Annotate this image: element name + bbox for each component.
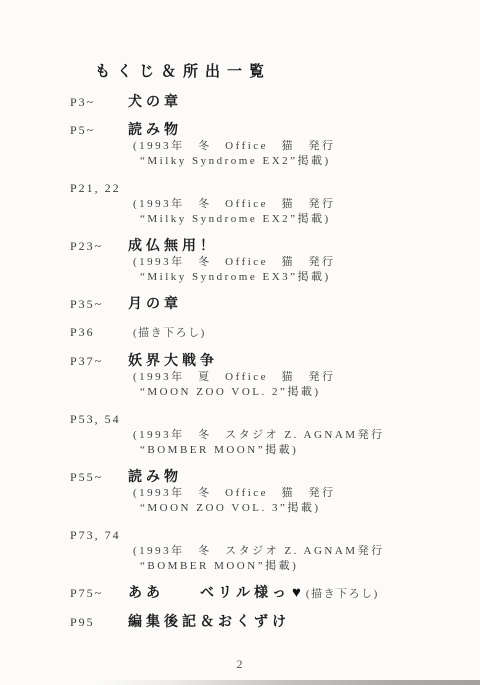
toc-entry-row: P53, 54 (0, 411, 480, 428)
entry-source-note: (1993年 冬 Office 猫 発行 (0, 486, 480, 501)
entry-source-note: “Milky Syndrome EX3”掲載) (0, 270, 480, 285)
toc-entry: P3~ 犬の章 (0, 94, 480, 111)
scan-edge-shadow (0, 680, 480, 685)
entry-source-note: “BOMBER MOON”掲載) (0, 443, 480, 458)
toc-entry: P55~ 読み物 (1993年 冬 Office 猫 発行 “MOON ZOO … (0, 469, 480, 516)
toc-entry-row: P35~ 月の章 (0, 296, 480, 313)
toc-entry-row: P37~ 妖界大戦争 (0, 353, 480, 370)
entry-source-note: “Milky Syndrome EX2”掲載) (0, 212, 480, 227)
toc-entry-row: P36 (描き下ろし) (0, 324, 480, 342)
entry-title: 編集後記＆おくずけ (128, 614, 290, 631)
entry-title: 読み物 (128, 469, 182, 486)
toc-entry-row: P55~ 読み物 (0, 469, 480, 486)
toc-entry-row: P73, 74 (0, 527, 480, 544)
toc-entry: P95 編集後記＆おくずけ (0, 614, 480, 631)
entry-source-note: (1993年 冬 Office 猫 発行 (0, 255, 480, 270)
entry-pages: P35~ (70, 296, 128, 313)
toc-entry: P23~ 成仏無用！ (1993年 冬 Office 猫 発行 “Milky S… (0, 238, 480, 285)
entry-source-note: “MOON ZOO VOL. 3”掲載) (0, 501, 480, 516)
toc-entry: P35~ 月の章 (0, 296, 480, 313)
entry-pages: P75~ (70, 585, 128, 602)
entry-title: 読み物 (128, 122, 182, 139)
toc-content: もくじ＆所出一覧 P3~ 犬の章 P5~ 読み物 (1993年 冬 Office… (0, 0, 480, 631)
toc-entry: P36 (描き下ろし) (0, 324, 480, 342)
toc-entry: P73, 74 (1993年 冬 スタジオ Z. AGNAM発行 “BOMBER… (0, 527, 480, 574)
entry-pages: P21, 22 (70, 180, 128, 197)
toc-entry-row: P5~ 読み物 (0, 122, 480, 139)
entry-pages: P23~ (70, 238, 128, 255)
toc-entry-row: P21, 22 (0, 180, 480, 197)
entry-source-note: “MOON ZOO VOL. 2”掲載) (0, 385, 480, 400)
toc-entry-row: P95 編集後記＆おくずけ (0, 614, 480, 631)
entry-source-note: (1993年 冬 スタジオ Z. AGNAM発行 (0, 544, 480, 559)
entry-source-note: (1993年 冬 Office 猫 発行 (0, 197, 480, 212)
toc-entry: P5~ 読み物 (1993年 冬 Office 猫 発行 “Milky Synd… (0, 122, 480, 169)
entry-title: 犬の章 (128, 94, 182, 111)
entry-source-note: (1993年 夏 Office 猫 発行 (0, 370, 480, 385)
entry-source-note: (1993年 冬 Office 猫 発行 (0, 139, 480, 154)
toc-entry-row: P3~ 犬の章 (0, 94, 480, 111)
toc-entry: P53, 54 (1993年 冬 スタジオ Z. AGNAM発行 “BOMBER… (0, 411, 480, 458)
page-title: もくじ＆所出一覧 (95, 62, 480, 82)
entry-pages: P55~ (70, 469, 128, 486)
page-number: 2 (0, 657, 480, 672)
toc-entry: P37~ 妖界大戦争 (1993年 夏 Office 猫 発行 “MOON ZO… (0, 353, 480, 400)
heart-icon: ♥ (292, 585, 301, 602)
entry-title: 月の章 (128, 296, 182, 313)
toc-entry-row: P75~ ああ ベリル様っ ♥ (描き下ろし) (0, 585, 480, 603)
entry-pages: P36 (70, 324, 128, 341)
scanned-toc-page: もくじ＆所出一覧 P3~ 犬の章 P5~ 読み物 (1993年 冬 Office… (0, 0, 480, 685)
entry-source-note: (1993年 冬 スタジオ Z. AGNAM発行 (0, 428, 480, 443)
entry-inline-note: (描き下ろし) (306, 586, 379, 603)
entry-pages: P95 (70, 614, 128, 631)
entry-title: 妖界大戦争 (128, 353, 218, 370)
entry-source-note: “Milky Syndrome EX2”掲載) (0, 154, 480, 169)
entry-pages: P73, 74 (70, 527, 128, 544)
entry-pages: P5~ (70, 122, 128, 139)
entry-pages: P3~ (70, 94, 128, 111)
toc-entry: P75~ ああ ベリル様っ ♥ (描き下ろし) (0, 585, 480, 603)
toc-entry: P21, 22 (1993年 冬 Office 猫 発行 “Milky Synd… (0, 180, 480, 227)
entry-title: ああ ベリル様っ (128, 585, 290, 602)
entry-inline-note: (描き下ろし) (133, 325, 206, 342)
entry-title: 成仏無用！ (128, 238, 218, 255)
toc-entry-row: P23~ 成仏無用！ (0, 238, 480, 255)
entry-source-note: “BOMBER MOON”掲載) (0, 559, 480, 574)
entry-pages: P53, 54 (70, 411, 128, 428)
entry-pages: P37~ (70, 353, 128, 370)
